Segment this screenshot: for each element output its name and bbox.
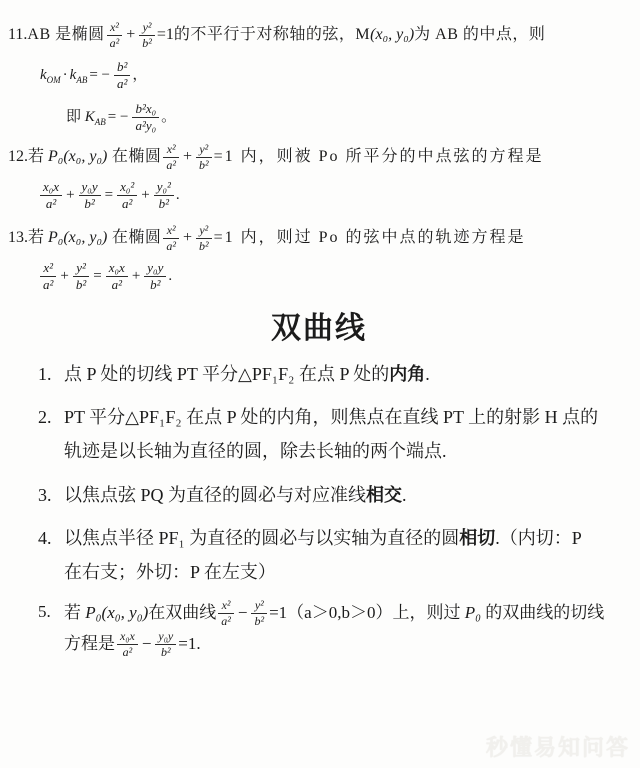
fraction-denominator: a² [106,277,128,293]
comma: ， [132,67,147,83]
minus-operator: − [142,634,152,653]
fraction-denominator: a² [40,277,56,293]
plus-operator: + [141,187,149,203]
fraction-numerator: x₀² [117,179,137,196]
point-p0: P₀(x₀, y₀) [48,148,107,165]
fraction-numerator: y² [251,598,267,614]
item-text: 点 P 处的切线 PT 平分△PF₁F₂ 在点 P 处的 [64,364,389,384]
fraction-y2-b2: y²b² [139,20,155,51]
fraction-denominator: b² [73,277,89,293]
point-p0: P₀ [465,603,481,622]
locus-equation: x²a²+y²b²=x₀xa²+y₀yb². [38,260,630,294]
fraction-y0y-b2: y₀yb² [155,629,176,660]
item-number: 5. [38,598,51,625]
period: . [425,364,430,384]
item-text: 以焦点弦 PQ 为直径的圆必与对应准线 [64,485,366,505]
fraction-b2-a2: b²a² [114,59,130,93]
dot-operator: · [63,67,68,83]
fraction-denominator: a² [163,158,179,173]
item-number: 1. [38,357,52,391]
fraction-y2-b2: y²b² [196,142,212,173]
watermark: 秒懂易知问答 [486,731,630,762]
item-text: 为 AB 的中点，则 [414,26,545,43]
fraction-numerator: y₀y [155,629,176,645]
plus-operator: + [183,148,192,165]
fraction-denominator: b² [251,614,267,629]
item-text: 在椭圆 [107,229,161,246]
math-notes-page: 11.AB 是椭圆x²a²+y²b²=1的不平行于对称轴的弦，M(x₀, y₀)… [0,0,640,660]
point-p0: P₀(x₀, y₀) [48,229,107,246]
item-number: 13. [8,229,28,246]
item-text: =1（a＞0,b＞0）上，则过 [269,603,465,622]
fraction-numerator: x₀x [106,260,128,277]
period: . [168,268,172,284]
period: . [402,485,407,505]
subscript-ab: AB [95,117,106,127]
fraction-numerator: y² [196,142,212,158]
fraction-denominator: a² [163,239,179,254]
fraction-numerator: y₀y [144,260,166,277]
fraction-denominator: b² [144,277,166,293]
fraction-denominator: a² [218,614,234,629]
item-text-line2: 在右支；外切：P 在左支） [64,562,276,582]
item-number: 4. [38,521,52,555]
fraction-x0x-a2: x₀xa² [40,179,62,213]
ellipse-item-11: 11.AB 是椭圆x²a²+y²b²=1的不平行于对称轴的弦，M(x₀, y₀)… [8,20,630,51]
fraction-denominator: b² [196,239,212,254]
ellipse-item-13: 13.若 P₀(x₀, y₀) 在椭圆x²a²+y²b²=1 内，则过 Po 的… [8,223,630,254]
item-text: .（内切：P [495,528,582,548]
bold-term-tangent: 相切 [459,528,495,548]
fraction-y2-b2: y²b² [196,223,212,254]
item-text: 的不平行于对称轴的弦，M [174,26,370,43]
fraction-denominator: a² [117,196,137,212]
subscript-ab: AB [76,75,87,85]
section-title-hyperbola: 双曲线 [8,303,630,347]
plus-operator: + [66,187,74,203]
equals-minus: = − [89,67,110,83]
fraction-x2-a2: x²a² [107,20,123,51]
item-text: 在双曲线 [148,603,216,622]
k-variable: k [40,67,47,83]
slope-product-formula: kOM·kAB= −b²a²， [40,59,630,93]
item-text: 在椭圆 [107,148,161,165]
bold-term-interior-angle: 内角 [389,364,425,384]
K-variable: K [85,109,95,125]
plus-operator: + [60,268,68,284]
fraction-y2-b2: y²b² [73,260,89,294]
fraction-denominator: b² [155,645,176,660]
hyperbola-item-2: 2.PT 平分△PF₁F₂ 在点 P 处的内角，则焦点在直线 PT 上的射影 H… [38,400,630,468]
plus-operator: + [183,229,192,246]
item-line-2: 方程是x₀xa²−y₀yb²=1. [64,634,201,653]
fraction-y2-b2: y²b² [251,598,267,629]
item-text: 的双曲线的切线 [481,603,604,622]
fraction-b2x0-a2y0: b²x₀a²y₀ [132,101,159,135]
fraction-x0sq-a2: x₀²a² [117,179,137,213]
item-text-line2: 轨迹是以长轴为直径的圆，除去长轴的两个端点. [64,441,447,461]
fraction-x2-a2: x²a² [40,260,56,294]
hyperbola-item-1: 1.点 P 处的切线 PT 平分△PF₁F₂ 在点 P 处的内角. [38,357,630,391]
fraction-numerator: y₀² [154,179,174,196]
fraction-numerator: b²x₀ [132,101,159,118]
fraction-numerator: x² [218,598,234,614]
fraction-numerator: b² [114,59,130,76]
fraction-denominator: a²y₀ [132,118,159,134]
fraction-x2-a2: x²a² [218,598,234,629]
ellipse-item-12: 12.若 P₀(x₀, y₀) 在椭圆x²a²+y²b²=1 内，则被 Po 所… [8,142,630,173]
item-number: 3. [38,478,52,512]
fraction-numerator: x² [163,142,179,158]
item-text: 若 [28,148,48,165]
midpoint-coordinates: (x₀, y₀) [370,26,414,43]
item-line-1: 若 P₀(x₀, y₀)在双曲线x²a²−y²b²=1（a＞0,b＞0）上，则过… [64,603,604,622]
fraction-y0y-b2: y₀yb² [144,260,166,294]
fraction-denominator: a² [40,196,62,212]
fraction-denominator: b² [196,158,212,173]
equals-minus: = − [108,109,129,125]
item-text: 若 [28,229,48,246]
midpoint-chord-equation: x₀xa²+y₀yb²=x₀²a²+y₀²b². [38,179,630,213]
item-text: 方程是 [64,634,115,653]
item-text-line1: PT 平分△PF₁F₂ 在点 P 处的内角，则焦点在直线 PT 上的射影 H 点… [64,407,598,427]
fraction-denominator: a² [117,645,138,660]
item-text: 以焦点半径 PF₁ 为直径的圆必与以实轴为直径的圆 [64,528,459,548]
bold-term-intersect: 相交 [366,485,402,505]
fraction-numerator: x₀x [40,179,62,196]
fraction-x2-a2: x²a² [163,223,179,254]
fraction-denominator: b² [139,36,155,51]
item-text: 若 [64,603,85,622]
fraction-denominator: b² [154,196,174,212]
fraction-numerator: y² [196,223,212,239]
item-text: =1 内，则被 Po 所平分的中点弦的方程是 [214,148,544,165]
fraction-numerator: y₀y [79,179,101,196]
fraction-numerator: y² [73,260,89,277]
fraction-numerator: x² [107,20,123,36]
subscript-om: OM [47,75,61,85]
plus-operator: + [132,268,140,284]
minus-operator: − [238,603,248,622]
hyperbola-item-4: 4.以焦点半径 PF₁ 为直径的圆必与以实轴为直径的圆相切.（内切：P在右支；外… [38,521,630,589]
point-p0: P₀(x₀, y₀) [85,603,148,622]
fraction-x0x-a2: x₀xa² [106,260,128,294]
equation-tail: =1. [178,634,200,653]
equals-one: =1 [157,26,174,43]
fraction-y0sq-b2: y₀²b² [154,179,174,213]
fraction-numerator: x² [163,223,179,239]
hyperbola-item-3: 3.以焦点弦 PQ 为直径的圆必与对应准线相交. [38,478,630,512]
hyperbola-item-5: 5.若 P₀(x₀, y₀)在双曲线x²a²−y²b²=1（a＞0,b＞0）上，… [38,598,630,660]
item-number: 2. [38,400,52,434]
plus-operator: + [126,26,135,43]
item-number: 12. [8,148,28,165]
fraction-denominator: b² [79,196,101,212]
item-number: 11. [8,26,27,43]
fraction-numerator: y² [139,20,155,36]
fraction-x2-a2: x²a² [163,142,179,173]
period: 。 [161,109,176,125]
namely-text: 即 [66,109,85,125]
period: . [176,187,180,203]
item-text: AB 是椭圆 [27,26,104,43]
fraction-denominator: a² [107,36,123,51]
fraction-x0x-a2: x₀xa² [117,629,138,660]
item-text: =1 内，则过 Po 的弦中点的轨迹方程是 [214,229,526,246]
equals-operator: = [93,268,101,284]
equals-operator: = [105,187,113,203]
fraction-y0y-b2: y₀yb² [79,179,101,213]
fraction-denominator: a² [114,76,130,92]
slope-result-formula: 即 KAB= −b²x₀a²y₀。 [66,101,630,135]
fraction-numerator: x₀x [117,629,138,645]
fraction-numerator: x² [40,260,56,277]
